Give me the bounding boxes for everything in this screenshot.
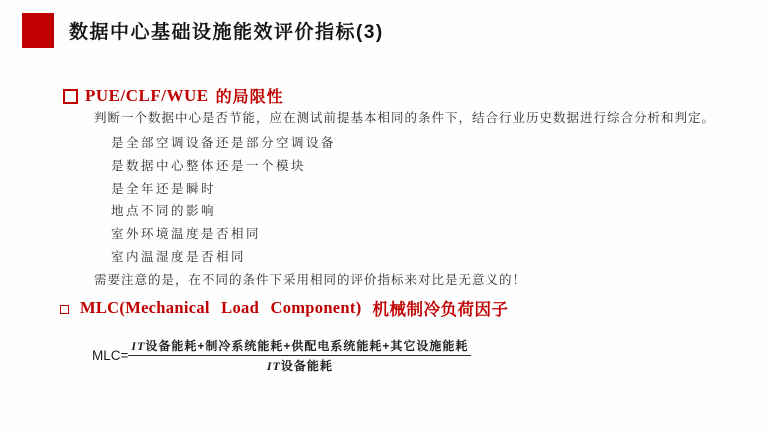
formula-denominator: IT设备能耗 — [128, 356, 471, 374]
section1-item-list: 是全部空调设备还是部分空调设备 是数据中心整体还是一个模块 是全年还是瞬时 地点… — [111, 132, 336, 269]
formula-numerator-it: IT — [131, 339, 145, 353]
red-square-marker-icon — [22, 13, 54, 48]
list-item: 室内温湿度是否相同 — [111, 246, 336, 269]
list-item: 地点不同的影响 — [111, 200, 336, 223]
section1-note: 需要注意的是，在不同的条件下采用相同的评价指标来对比是无意义的！ — [94, 270, 526, 288]
section1-intro-paragraph: 判断一个数据中心是否节能，应在测试前提基本相同的条件下，结合行业历史数据进行综合… — [94, 110, 748, 126]
formula-denominator-rest: 设备能耗 — [281, 359, 333, 373]
list-item: 是全年还是瞬时 — [111, 178, 336, 201]
page-title: 数据中心基础设施能效评价指标(3) — [69, 17, 384, 44]
list-item: 是全部空调设备还是部分空调设备 — [111, 132, 336, 155]
section2-heading-latin: MLC(Mechanical Load Component) — [80, 298, 362, 318]
mlc-formula: MLC= IT设备能耗+制冷系统能耗+供配电系统能耗+其它设施能耗 IT设备能耗 — [92, 337, 471, 374]
formula-numerator-rest: 设备能耗+制冷系统能耗+供配电系统能耗+其它设施能耗 — [145, 339, 468, 353]
list-item: 室外环境温度是否相同 — [111, 223, 336, 246]
section2-heading-cjk: 机械制冷负荷因子 — [373, 296, 509, 320]
formula-denominator-it: IT — [267, 359, 281, 373]
section1-heading-latin: PUE/CLF/WUE — [85, 86, 209, 106]
formula-fraction: IT设备能耗+制冷系统能耗+供配电系统能耗+其它设施能耗 IT设备能耗 — [128, 337, 471, 374]
formula-numerator: IT设备能耗+制冷系统能耗+供配电系统能耗+其它设施能耗 — [128, 337, 471, 356]
formula-lhs: MLC= — [92, 348, 128, 363]
title-row: 数据中心基础设施能效评价指标(3) — [22, 13, 384, 48]
section-heading-pue-limitations: PUE/CLF/WUE 的局限性 — [63, 84, 284, 107]
list-item: 是数据中心整体还是一个模块 — [111, 155, 336, 178]
section1-heading-cjk: 的局限性 — [216, 84, 284, 107]
presentation-slide: 数据中心基础设施能效评价指标(3) PUE/CLF/WUE 的局限性 判断一个数… — [0, 0, 768, 432]
hollow-square-bullet-icon — [60, 305, 69, 314]
hollow-square-bullet-icon — [63, 89, 78, 104]
section-heading-mlc: MLC(Mechanical Load Component) 机械制冷负荷因子 — [60, 296, 509, 320]
